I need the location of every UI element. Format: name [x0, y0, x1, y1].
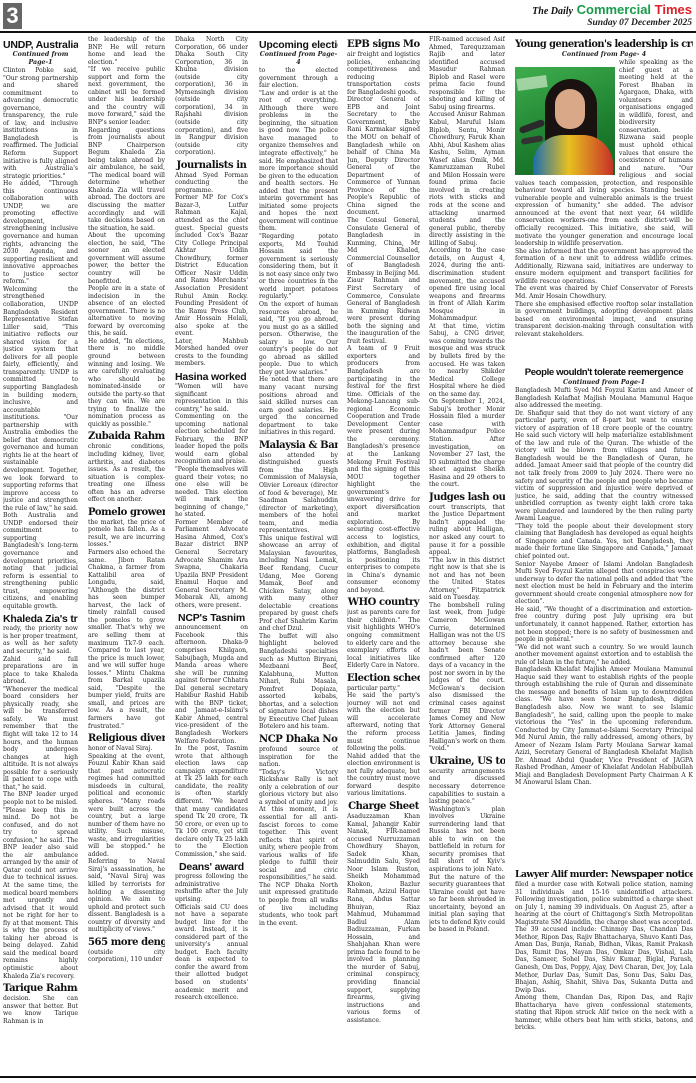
body-text: About the upcoming election, he said, "T…: [88, 232, 165, 285]
body-text: court transcripts, that the Justice Depa…: [429, 504, 505, 557]
body-text: Officials said CU does not have a separa…: [175, 904, 248, 1002]
body-text: Speaking at the event, Fouzul Kabir Khan…: [88, 753, 165, 859]
article-reemergence: People wouldn't tolerate reemergence Con…: [515, 364, 693, 862]
body-text: particular party.": [347, 685, 420, 693]
body-text: Among them, Chandan Das, Ripon Das, and …: [515, 994, 693, 1032]
headline: Upcoming election: [259, 39, 338, 51]
body-text: Senior Nayebe Ameer of Islami Andolan Ba…: [515, 561, 693, 606]
body-text: announcement on Facebook this afternoon.…: [175, 624, 248, 745]
body-text: air freight and logistics policies, enha…: [347, 51, 420, 96]
body-text: On September 1, 2024, Sabuj's brother Mo…: [429, 398, 505, 489]
body-text: "The law in this district right now is t…: [429, 557, 505, 602]
body-text: (outside city corporation), 110 under: [88, 949, 165, 964]
body-text: The 39 accused include: Chinmoy Das, Cha…: [515, 926, 693, 994]
body-text: The NCP Dhaka North unit expressed grati…: [259, 882, 338, 927]
body-text: "Whenever the medical board considers he…: [3, 686, 78, 792]
body-text: FIR-named accused Asif Ahmed, Tarequzzam…: [429, 36, 505, 111]
headline: Lawyer Alif murder: Newspaper notices: [515, 869, 693, 881]
headline: NCP Dhaka North: [259, 734, 338, 746]
body-text: also attended by distinguished guests fr…: [259, 452, 338, 535]
body-text: Former Member of Parliament Advocate Has…: [175, 519, 248, 610]
body-text: profound source of inspiration for the n…: [259, 746, 338, 769]
body-text: Zahid said full preparations are in plac…: [3, 656, 78, 686]
body-text: This unique festival will showcase an ar…: [259, 535, 338, 633]
body-text: According to the case details, on August…: [429, 247, 505, 322]
body-text: just as parents care for their children.…: [347, 609, 420, 669]
body-text: chronic conditions, including kidney, li…: [88, 443, 165, 503]
headline: Deans' award: [175, 861, 248, 873]
continued-label: Continued from Page- 4: [515, 51, 693, 59]
headline: UNDP, Australia to: [3, 39, 78, 51]
body-text: Dhaka North City Corporation, 66 under D…: [175, 36, 248, 157]
body-text: Regarding questions from journalists abo…: [88, 127, 165, 233]
body-text: Washington's plan involves Ukraine surre…: [429, 806, 505, 874]
body-text: The Consul General, Consulate General of…: [347, 217, 420, 345]
body-text: "Regarding potato exports, Md Touhid Hos…: [259, 233, 338, 301]
headline: Ukraine, US to: [429, 756, 505, 768]
headline: People wouldn't tolerate reemergence: [515, 367, 693, 379]
headline: Judges lash out at: [429, 492, 505, 504]
bottom-rule: [0, 1076, 696, 1078]
body-text: On the export of human resources abroad,…: [259, 301, 338, 376]
masthead-rule: [0, 31, 696, 33]
body-text: the leadership of the BNP. He will retur…: [88, 36, 165, 66]
body-text: Bangladesh Mufti Syed Md Foyzul Karim an…: [515, 387, 693, 410]
body-text: Dr. Shafiqur said that they do not want …: [515, 410, 693, 523]
body-text: He added, "Through this continuous colla…: [3, 180, 78, 286]
body-text: There she emphasised effective rooftop s…: [515, 301, 693, 339]
headline: Hasina worked to: [175, 371, 248, 383]
body-text: Referring to Naval Siraj's assassination…: [88, 858, 165, 933]
column-5: EPB signs MoUair freight and logistics p…: [347, 36, 420, 1072]
body-text: "Law and order is at the root of everyth…: [259, 90, 338, 233]
body-text: honor of Naval Siraj.: [88, 745, 165, 753]
body-text: Asaduzzaman Khan Kamal, Jahangir Kabir N…: [347, 813, 420, 1024]
headline: Religious diversity: [88, 733, 165, 745]
headline: Young generation's leadership is crucia: [515, 39, 693, 51]
continued-label: Continued from Page-1: [515, 379, 693, 387]
article-young-generation: Young generation's leadership is crucia …: [515, 36, 693, 358]
headline: WHO country: [347, 597, 420, 609]
body-text: A team of 9 Fruit exporters and producer…: [347, 345, 420, 594]
body-text: He noted that there are many vacant nurs…: [259, 376, 338, 436]
brand-prefix: The Daily: [532, 6, 573, 17]
headline: Zubaida Rahman: [88, 431, 165, 443]
page-number-badge: 3: [3, 3, 22, 29]
body-text: decision. She can answer that better. Bu…: [3, 995, 78, 1025]
body-text: Accused Anisur Rahman Kabul, Maruful Isl…: [429, 111, 505, 247]
body-text: He added, "In elections, there is no mid…: [88, 338, 165, 429]
body-text: At that time, victim Sabuj, a CNG driver…: [429, 323, 505, 398]
body-text: ready, the priority now is her proper tr…: [3, 625, 78, 655]
body-text: progress following the administrative re…: [175, 873, 248, 903]
brand-times: Times: [655, 2, 692, 17]
body-text: He said, "We thought of a discrimination…: [515, 606, 693, 644]
headline: NCP's Tasnim: [175, 612, 248, 624]
body-text: to the elected government through a fair…: [259, 67, 338, 90]
body-text: Former MP for Cox's Bazar-3, Lutfur Rahm…: [175, 194, 248, 337]
column-3: Dhaka North City Corporation, 66 under D…: [175, 36, 248, 1072]
continued-label: Continued from Page-1: [3, 51, 78, 67]
body-text: In the post, Tasnim wrote that although …: [175, 745, 248, 858]
column-4: Upcoming electionContinued from Page- 4t…: [259, 36, 338, 1072]
headline: Pomelo growers: [88, 507, 165, 519]
masthead: 3 The Daily Commercial Times Sunday 07 D…: [0, 0, 696, 34]
brand-commercial: Commercial: [577, 2, 651, 17]
photo-adviser-image: [515, 67, 615, 175]
headline: Charge Sheet: [347, 801, 420, 813]
body-text: Bangladesh Khelafat Majlish Ameer Moulan…: [515, 666, 693, 787]
body-text: Director General of EPB and Joint Secret…: [347, 96, 420, 217]
body-text: "We did not want such a country. So we w…: [515, 644, 693, 667]
headline: Khaleda Zia's travel: [3, 613, 78, 625]
body-text: Ahmad Syed Forman conducting the program…: [175, 172, 248, 195]
headline: 565 more dengue: [88, 937, 165, 949]
body-text: "They told the people about their develo…: [515, 523, 693, 561]
body-text: security arrangements and discussed nece…: [429, 768, 505, 806]
body-text: Nahid added that the election environmen…: [347, 753, 420, 798]
body-text: "People themselves will guard their vote…: [175, 466, 248, 519]
body-text: The buffet will also highlight beloved B…: [259, 633, 338, 731]
newspaper-brand: The Daily Commercial Times: [532, 2, 692, 17]
body-text: "If we receive public support and form t…: [88, 66, 165, 126]
issue-date: Sunday 07 December 2025: [587, 18, 692, 28]
body-text: Later, Mahbub Morshed handed over crests…: [175, 338, 248, 368]
body-text: the market, the price of pomelo has fall…: [88, 519, 165, 549]
body-text: But the nature of the security guarantee…: [429, 874, 505, 934]
headline: Election schedule: [347, 673, 420, 685]
body-text: Commenting on the upcoming national elec…: [175, 413, 248, 466]
body-text: The BNP leader urged people not to be mi…: [3, 791, 78, 980]
body-text: "Women will have significant representat…: [175, 383, 248, 413]
body-text: Clinton Pobke said, "Our strong partners…: [3, 67, 78, 180]
column-2: the leadership of the BNP. He will retur…: [88, 36, 165, 1072]
body-text: She also informed that the government ha…: [515, 248, 693, 286]
body-text: Farmers also echoed the same. Jibon Rata…: [88, 549, 165, 730]
body-text: "Today's Victory Rickshaw Rally is not o…: [259, 769, 338, 882]
headline: Journalists in: [175, 160, 248, 172]
headline: Malaysia & Bangladesh: [259, 440, 338, 452]
body-text: People are in a state of indecision in t…: [88, 285, 165, 338]
body-text: The bombshell ruling last week, from Jud…: [429, 602, 505, 753]
article-lawyer-alif: Lawyer Alif murder: Newspaper notices fi…: [515, 866, 693, 1074]
body-text: filed a murder case with Kotwali police …: [515, 881, 693, 926]
column-6: FIR-named accused Asif Ahmed, Tarequzzam…: [429, 36, 505, 1072]
body-text: The event was chaired by Chief Conservat…: [515, 285, 693, 300]
body-text: He said the party's journey will not end…: [347, 692, 420, 752]
column-1: UNDP, Australia toContinued from Page-1C…: [3, 36, 78, 1072]
continued-label: Continued from Page- 4: [259, 51, 338, 67]
body-text: Welcoming the strengthened collaboration…: [3, 286, 78, 512]
headline: EPB signs MoU: [347, 39, 420, 51]
body-text: Both Australia and UNDP endorsed their c…: [3, 512, 78, 610]
headline: Tarique Rahman: [3, 983, 78, 995]
